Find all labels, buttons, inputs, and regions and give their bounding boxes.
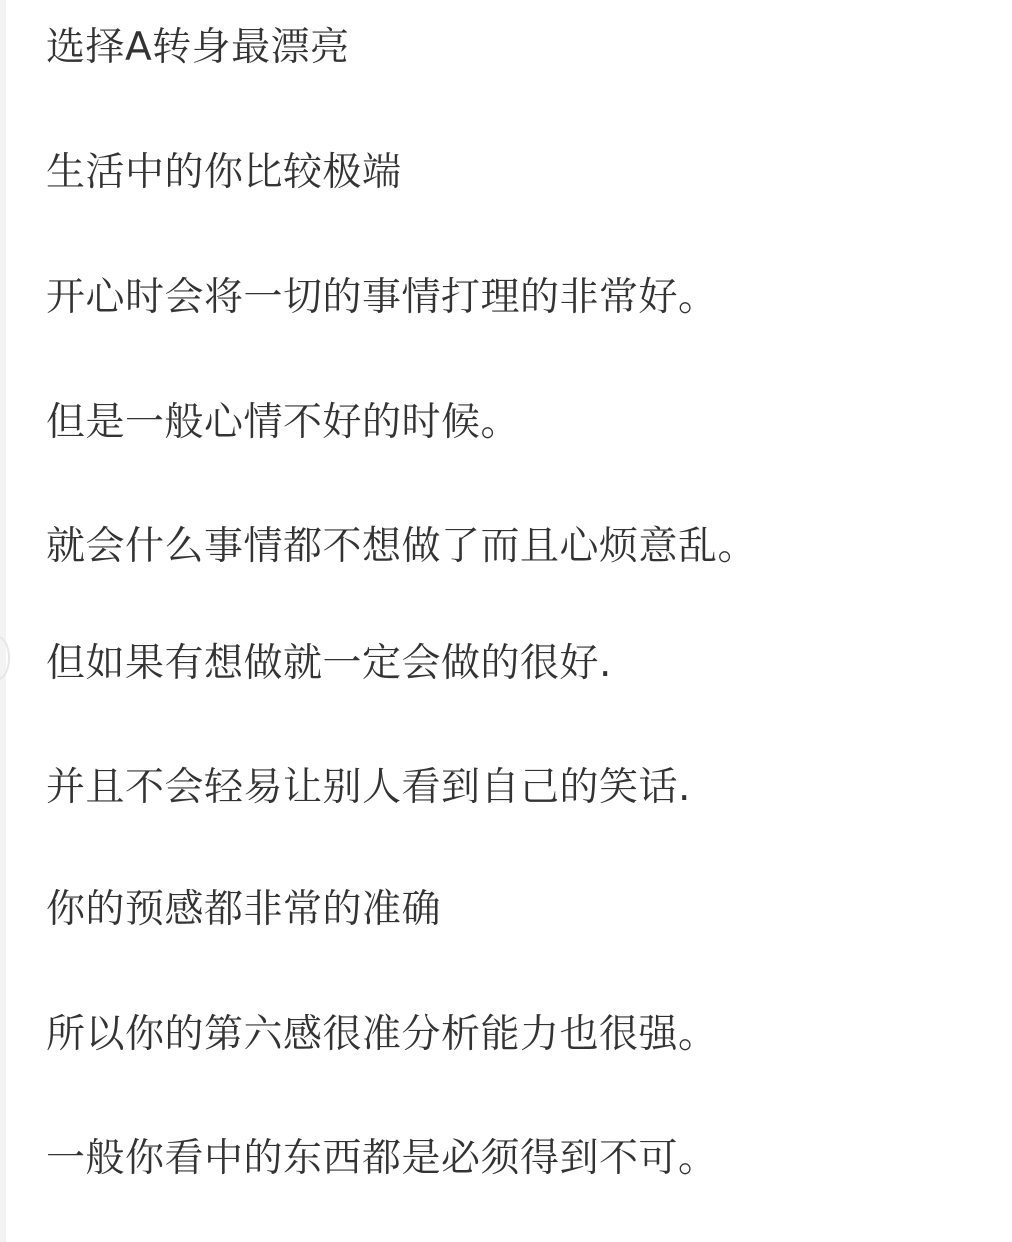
text-line-6: 但如果有想做就一定会做的很好.	[46, 640, 612, 688]
text-line-7: 并且不会轻易让别人看到自己的笑话.	[46, 764, 691, 812]
text-line-2: 生活中的你比较极端	[46, 149, 402, 197]
text-line-4: 但是一般心情不好的时候。	[46, 399, 520, 447]
text-line-9: 所以你的第六感很准分析能力也很强。	[46, 1011, 718, 1059]
edge-swipe-handle[interactable]	[0, 636, 10, 680]
left-edge-strip	[0, 0, 6, 1242]
text-line-10: 一般你看中的东西都是必须得到不可。	[46, 1135, 718, 1183]
text-line-5: 就会什么事情都不想做了而且心烦意乱。	[46, 523, 757, 571]
text-line-3: 开心时会将一切的事情打理的非常好。	[46, 274, 718, 322]
text-line-1: 选择A转身最漂亮	[46, 24, 350, 72]
text-line-8: 你的预感都非常的准确	[46, 886, 441, 934]
